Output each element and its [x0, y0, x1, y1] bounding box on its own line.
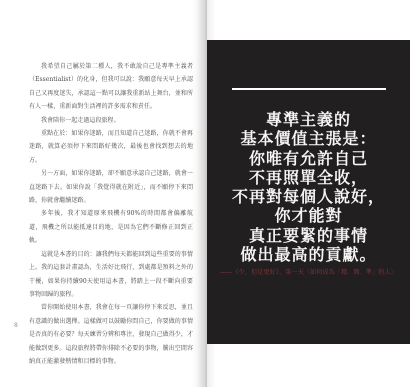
quote-panel: 專準主義的 基本價值主張是： 你唯有允許自己 不再照單全收， 不再對每個人說好，…	[207, 40, 410, 344]
page-number: 8	[14, 322, 18, 329]
paragraph: 我希望自己屬於第二種人，我不敢說自己是專準主義者（Essentialist）的化…	[29, 60, 193, 114]
quote-line: 你才能對	[232, 206, 385, 225]
body-text-block: 我希望自己屬於第二種人，我不敢說自己是專準主義者（Essentialist）的化…	[29, 60, 193, 368]
paragraph: 多年後，我才知道原來飛機有90%的時間都會偏離航道，飛機之所以能抵達目的地，是因…	[29, 207, 193, 247]
paragraph: 這就是本書的目的：讓我們每天都能回到這些重要的事情上。我的這套計畫認為，生活好比…	[29, 248, 193, 302]
paragraph: 當你開始使用本書，我會在每一頁讓你停下來反思，並且有意識的做出選擇。這樣做可以鼓…	[29, 301, 193, 368]
quote-line: 不再照單全收，	[232, 168, 385, 187]
paragraph: 另一方面，如果你迷路，卻不願意承認自己迷路，就會一直迷路下去。如果你說「我覺得就…	[29, 167, 193, 207]
quote-line: 你唯有允許自己	[232, 149, 385, 168]
quote-line: 不再對每個人說好，	[232, 187, 385, 206]
quote-line: 做出最高的貢獻。	[232, 245, 385, 264]
divider-line	[232, 88, 386, 90]
left-book-page: 我希望自己屬於第二種人，我不敢說自己是專準主義者（Essentialist）的化…	[0, 0, 207, 387]
quote-line: 真正要緊的事情	[232, 226, 385, 245]
quote-text: 專準主義的 基本價值主張是： 你唯有允許自己 不再照單全收， 不再對每個人說好，…	[232, 110, 385, 264]
right-book-page: 專準主義的 基本價值主張是： 你唯有允許自己 不再照單全收， 不再對每個人說好，…	[207, 0, 416, 387]
quote-line: 專準主義的	[232, 110, 385, 129]
book-spread-photo: 我希望自己屬於第二種人，我不敢說自己是專準主義者（Essentialist）的化…	[0, 0, 416, 387]
paragraph: 重點在於：如果你迷路，而且知道自己迷路，你就不會再迷路，就算必須停下來問路好幾次…	[29, 127, 193, 167]
paragraph: 我會陪你一起走過這段旅程。	[29, 114, 193, 127]
quote-line: 基本價值主張是：	[232, 129, 385, 148]
quote-attribution: ——《少，但是更好》，第一天〈如何成為「精．簡．準」的人〉	[220, 269, 397, 277]
